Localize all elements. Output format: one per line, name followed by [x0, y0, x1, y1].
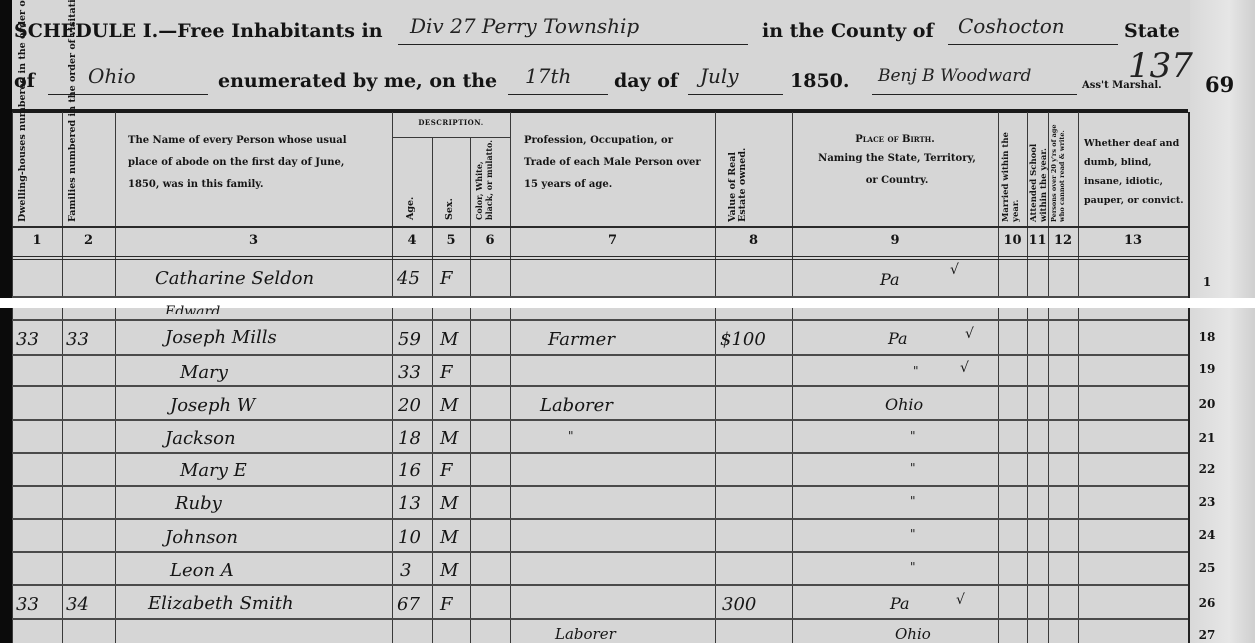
real-estate-value: $100 [720, 329, 766, 350]
row-rule [12, 618, 1188, 620]
check-mark: √ [950, 262, 959, 278]
col-border [1188, 112, 1190, 643]
col-border [510, 112, 511, 643]
person-name: Mary E [180, 460, 247, 481]
page-number: 69 [1205, 72, 1234, 97]
row-number: 19 [1195, 362, 1219, 376]
person-birthplace: " [910, 429, 916, 443]
division-value: Div 27 Perry Township [410, 14, 639, 38]
row-number: 24 [1195, 528, 1219, 542]
description-group-label: DESCRIPTION. [395, 118, 507, 127]
marshal-signature: Benj B Woodward [878, 66, 1031, 86]
day-of-label: day of [614, 70, 678, 92]
scan-edge [0, 0, 12, 643]
row-number: 21 [1195, 431, 1219, 445]
col1-number: 1 [12, 233, 62, 248]
person-age: 20 [398, 395, 421, 416]
col9-header: Naming the State, Territory, or Country. [812, 148, 982, 192]
col-border [792, 112, 793, 643]
person-age: 18 [398, 428, 421, 449]
col13-number: 13 [1078, 233, 1188, 248]
person-sex: M [440, 493, 458, 514]
dwelling-number: 33 [16, 594, 39, 615]
description-divider [392, 137, 510, 138]
col-border [715, 112, 716, 643]
row-number: 26 [1195, 596, 1219, 610]
real-estate-value: 300 [722, 594, 756, 615]
person-birthplace: " [910, 527, 916, 541]
person-sex: M [440, 395, 458, 416]
person-name: Joseph W [170, 395, 255, 416]
dwelling-number: 33 [16, 329, 39, 350]
person-name: Mary [180, 362, 228, 383]
person-sex: F [440, 594, 453, 615]
col7-header: Profession, Occupation, or Trade of each… [524, 130, 704, 196]
stamp-number: 137 [1128, 46, 1193, 86]
col6-number: 6 [470, 233, 510, 248]
person-name: Catharine Seldon [155, 268, 314, 289]
col6-header: Color, White, black, or mulatto. [474, 140, 494, 220]
row-rule [12, 319, 1188, 321]
division-blank [398, 44, 748, 45]
family-number: 33 [66, 329, 89, 350]
row-rule [12, 452, 1188, 454]
month-value: July [700, 64, 739, 88]
col2-header: Families numbered in the order of visita… [68, 112, 78, 222]
person-occupation: Laborer [555, 625, 616, 643]
check-mark: √ [956, 592, 965, 608]
col13-header: Whether deaf and dumb, blind, insane, id… [1084, 134, 1184, 210]
row-rule [12, 551, 1188, 553]
county-label: in the County of [762, 20, 934, 42]
col4-number: 4 [392, 233, 432, 248]
person-sex: M [440, 560, 458, 581]
col11-number: 11 [1027, 233, 1048, 248]
col-border [1027, 112, 1028, 643]
col5-number: 5 [432, 233, 470, 248]
person-name: Elizabeth Smith [148, 593, 294, 614]
col1-header: Dwelling-houses numbered in the order of… [18, 112, 28, 222]
col3-number: 3 [115, 233, 392, 248]
marshal-blank [872, 94, 1077, 95]
person-birthplace: Ohio [885, 395, 923, 414]
person-sex: F [440, 362, 453, 383]
person-birthplace: Pa [880, 270, 900, 289]
person-name: Joseph Mills [165, 327, 277, 348]
row-number: 22 [1195, 462, 1219, 476]
header-divider [12, 226, 1188, 228]
col2-number: 2 [62, 233, 115, 248]
person-occupation: Laborer [540, 395, 613, 416]
person-age: 10 [398, 527, 421, 548]
row-rule [12, 385, 1188, 387]
person-name: Edward [165, 304, 220, 314]
person-age: 59 [398, 329, 421, 350]
col10-number: 10 [998, 233, 1027, 248]
person-age: 13 [398, 493, 421, 514]
year-label: 1850. [790, 70, 850, 92]
col5-header: Sex. [445, 198, 455, 220]
row-rule [12, 354, 1188, 356]
col4-header: Age. [406, 197, 416, 220]
row-number: 18 [1195, 330, 1219, 344]
person-name: Jackson [165, 428, 236, 449]
col-border [12, 112, 13, 643]
col-border [392, 112, 393, 643]
person-sex: M [440, 527, 458, 548]
col8-header: Value of Real Estate owned. [728, 122, 748, 222]
col11-header: Attended School within the year. [1029, 122, 1049, 222]
person-sex: M [440, 428, 458, 449]
enumerated-label: enumerated by me, on the [218, 70, 497, 92]
person-age: 16 [398, 460, 421, 481]
row-number: 23 [1195, 495, 1219, 509]
person-birthplace: " [910, 461, 916, 475]
col8-number: 8 [715, 233, 792, 248]
col12-header: Persons over 20 y'rs of age who cannot r… [1050, 122, 1066, 222]
person-occupation: " [568, 429, 574, 443]
person-sex: F [440, 460, 453, 481]
double-rule-bottom [12, 259, 1188, 260]
col-border [432, 138, 433, 643]
county-value: Coshocton [958, 14, 1065, 38]
col12-number: 12 [1048, 233, 1078, 248]
person-birthplace: Ohio [895, 625, 931, 643]
col-border [470, 138, 471, 643]
person-age: 33 [398, 362, 421, 383]
col9-header-title: Place of Birth. [800, 134, 990, 145]
double-rule-top [12, 256, 1188, 257]
state-label: State [1124, 20, 1180, 42]
top-rule [12, 109, 1188, 113]
col-border [115, 112, 116, 643]
person-age: 45 [397, 268, 420, 289]
col-border [1078, 112, 1079, 643]
person-name: Johnson [165, 527, 238, 548]
state-value: Ohio [88, 64, 136, 88]
check-mark: √ [965, 326, 974, 342]
county-blank [948, 44, 1118, 45]
col-border [998, 112, 999, 643]
person-name: Ruby [175, 493, 222, 514]
person-occupation: Farmer [548, 329, 615, 350]
family-number: 34 [66, 594, 89, 615]
col3-header: The Name of every Person whose usual pla… [128, 130, 378, 196]
row-number: 27 [1195, 628, 1219, 642]
person-age: 3 [400, 560, 411, 581]
month-blank [688, 94, 783, 95]
row-rule [12, 584, 1188, 586]
col9-number: 9 [792, 233, 998, 248]
row-rule [12, 419, 1188, 421]
person-birthplace: " [910, 494, 916, 508]
col-border [62, 112, 63, 643]
row-number: 25 [1195, 561, 1219, 575]
person-age: 67 [397, 594, 420, 615]
row-rule [12, 518, 1188, 520]
person-birthplace: " [910, 560, 916, 574]
row-number: 1 [1195, 275, 1219, 289]
person-birthplace: Pa [890, 594, 910, 613]
row-number: 20 [1195, 397, 1219, 411]
col7-number: 7 [510, 233, 715, 248]
person-birthplace: Pa [888, 329, 908, 348]
row-rule [12, 485, 1188, 487]
check-mark: √ [960, 360, 969, 376]
person-name: Leon A [170, 560, 234, 581]
person-birthplace: " [913, 364, 919, 378]
person-sex: F [440, 268, 453, 289]
day-blank [508, 94, 608, 95]
col10-header: Married within the year. [1001, 122, 1021, 222]
day-value: 17th [525, 64, 571, 88]
person-sex: M [440, 329, 458, 350]
